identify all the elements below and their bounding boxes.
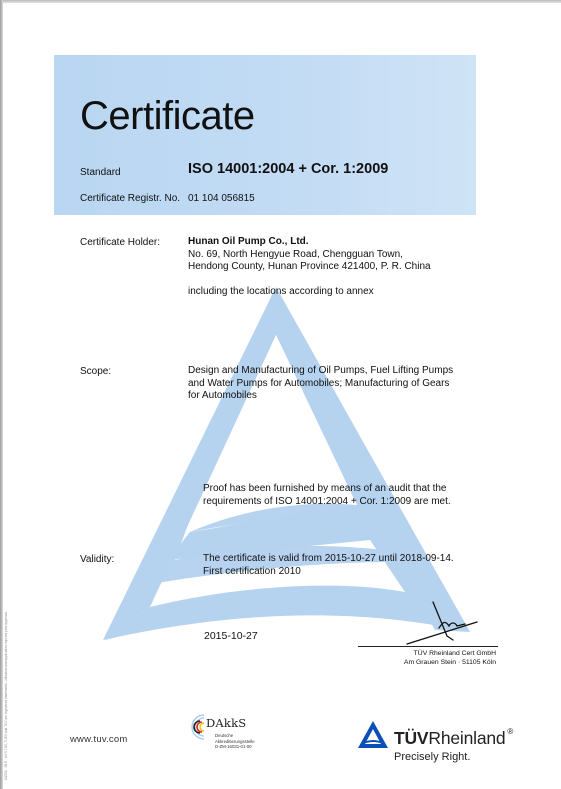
holder-address-line1: No. 69, North Hengyue Road, Chengguan To… [188,249,431,262]
dakks-accreditation-mark: DAkkS Deutsche Akkreditierungsstelle D-Z… [190,712,290,754]
issuer-block: TÜV Rheinland Cert GmbH Am Grauen Stein … [360,649,496,667]
tuv-brand-name: TÜVRheinland® [394,728,513,749]
scope-text: Design and Manufacturing of Oil Pumps, F… [188,365,468,403]
brand-bold: TÜV [394,728,428,748]
signature-line [358,646,498,647]
scope-label: Scope: [80,366,111,377]
issuer-address: Am Grauen Stein · 51105 Köln [360,658,496,667]
dakks-line3: D-ZM-16031-01-00 [215,744,255,750]
page-edge-top [0,0,561,3]
signature-icon [395,600,485,646]
proof-line1: Proof has been furnished by means of an … [203,483,473,496]
proof-line2: requirements of ISO 14001:2004 + Cor. 1:… [203,496,473,509]
standard-label: Standard [80,167,121,178]
holder-details: Hunan Oil Pump Co., Ltd. No. 69, North H… [188,236,431,274]
registration-number: 01 104 056815 [188,193,255,206]
scope-line2: and Water Pumps for Automobiles; Manufac… [188,378,468,391]
brand-regular: Rheinland [428,728,505,748]
certificate-title: Certificate [80,94,255,139]
issuer-name: TÜV Rheinland Cert GmbH [360,649,496,658]
scope-line3: for Automobiles [188,390,468,403]
registration-label: Certificate Registr. No. [80,193,180,204]
dakks-subtext: Deutsche Akkreditierungsstelle D-ZM-1603… [215,733,255,750]
validity-label: Validity: [80,554,114,565]
brand-tagline: Precisely Right. [394,751,470,763]
validity-text: The certificate is valid from 2015-10-27… [203,553,493,578]
issue-date: 2015-10-27 [204,630,258,642]
page-edge-left [0,0,3,789]
tuv-triangle-logo-icon [356,720,390,750]
website-link[interactable]: www.tuv.com [70,734,127,745]
holder-label: Certificate Holder: [80,237,160,248]
standard-value: ISO 14001:2004 + Cor. 1:2009 [188,163,388,176]
validity-line2: First certification 2010 [203,566,493,579]
proof-statement: Proof has been furnished by means of an … [203,483,473,508]
validity-line1: The certificate is valid from 2015-10-27… [203,553,493,566]
holder-name: Hunan Oil Pump Co., Ltd. [188,236,431,249]
holder-address-line2: Hendong County, Hunan Province 421400, P… [188,261,431,274]
scope-line1: Design and Manufacturing of Oil Pumps, F… [188,365,468,378]
dakks-name: DAkkS [206,716,246,730]
trademark-side-note: 10/221 · 08 E · A3 ® TÜV, TUEV and TUV a… [4,550,8,780]
registered-mark: ® [507,727,513,736]
annex-note: including the locations according to ann… [188,286,374,299]
